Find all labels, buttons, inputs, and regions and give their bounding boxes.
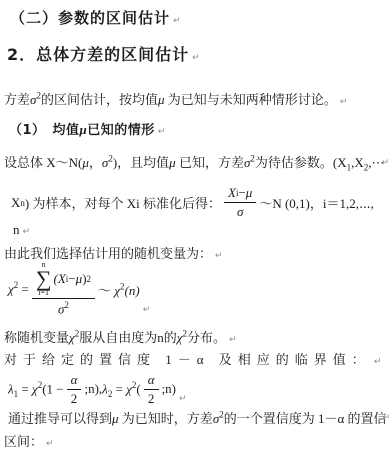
paragraph-choose-rv: 由此我们选择估计用的随机变量为：↵ <box>4 243 223 262</box>
text-run: 为已知与未知两种情形讨论。 <box>164 92 336 107</box>
text-run: 为已知时，方差 <box>119 411 213 426</box>
text-run: 分布。 <box>187 330 226 345</box>
close-paren: ;n), <box>84 381 102 397</box>
formula-lhs: χ2 = <box>8 280 29 297</box>
fraction-denominator: 2 <box>148 390 155 407</box>
chi-square-fraction: n∑i=1 (Xi − μ)2 σ2 <box>32 261 95 317</box>
text-run: 的一个置信度为 1－α 的置信 <box>224 411 387 426</box>
sigma-sum-icon: ∑ <box>36 269 52 289</box>
paragraph-mark-icon: ↵ <box>46 439 54 449</box>
superscript: 2 <box>87 274 92 284</box>
text-run: 为待估参数。(X <box>255 155 347 170</box>
paragraph-mark-icon: ↵ <box>179 394 187 404</box>
formula-rhs: ～ χ2(n) <box>98 280 140 299</box>
paragraph-variance-intro: 方差σ2的区间估计，按均值μ 为已知与未知两种情形讨论。↵ <box>4 89 347 108</box>
paragraph-mark-icon: ↵ <box>229 335 237 345</box>
paragraph-conclusion-line2: 区间：↵ <box>4 431 54 450</box>
text-run: 已知的情形 <box>87 123 155 138</box>
text-run: 服从自由度为n的 <box>79 330 177 345</box>
section-heading: （二）参数的区间估计↵ <box>10 7 181 28</box>
case-heading: （1） 均值μ已知的情形↵ <box>9 119 165 138</box>
lambda-formula: λ1 = χ2(1 − α2 ;n), λ2 = χ2( α2 ;n) ↵ <box>8 374 187 404</box>
paragraph-mark-icon: ↵ <box>173 16 181 26</box>
text-run: 对于给定的置信度 1－α 及相应的临界值： <box>4 352 371 367</box>
paragraph-mark-icon: ↵ <box>215 251 223 261</box>
fraction-denominator: 2 <box>71 390 78 407</box>
paragraph-mark-icon: ↵ <box>143 305 151 315</box>
text-run: 已知，方差 <box>176 155 244 170</box>
subsection-heading: 2．总体方差的区间估计↵ <box>7 42 200 65</box>
fraction-denominator: σ2 <box>58 299 69 317</box>
lambda2: λ2 = χ2( <box>102 380 141 399</box>
fraction-numerator: Xi − μ <box>224 185 256 203</box>
mark-holder: ↵ <box>176 374 187 404</box>
open-paren: ( <box>136 381 140 396</box>
arg-n: (n) <box>125 283 140 298</box>
line-wrap-mark-icon: ↵ <box>382 413 390 423</box>
paragraph-mark-icon: ↵ <box>192 53 200 63</box>
text-run: （1） 均值 <box>9 123 80 138</box>
equals-sign: = <box>18 282 29 297</box>
text-run: ,X <box>351 155 364 170</box>
chi-square-formula: χ2 = n∑i=1 (Xi − μ)2 σ2 ～ χ2(n) ↵ <box>8 263 150 315</box>
line-wrap-mark-icon: ↵ <box>381 158 389 168</box>
paragraph-mark-icon: ↵ <box>374 357 382 367</box>
paragraph-mark-icon: ↵ <box>158 127 166 137</box>
text-run: ， <box>89 155 102 170</box>
alpha-symbol: α <box>144 372 159 390</box>
paragraph-setup-line2: Xn) 为样本，对每个 Xi 标准化后得： Xi − μ σ ～N (0,1)，… <box>11 185 374 220</box>
paragraph-conclusion-line1: 通过推导可以得到μ 为已知时，方差σ2的一个置信度为 1－α 的置信 <box>8 408 387 427</box>
text-run: 称随机变量 <box>4 330 69 345</box>
text-run: 设总体 X～N( <box>4 155 82 170</box>
open-paren: (1 − <box>42 381 63 396</box>
lambda1: λ1 = χ2(1 − <box>8 380 64 399</box>
fraction-denominator: σ <box>237 203 243 220</box>
close-paren: ;n) <box>162 381 176 397</box>
paragraph-mark-icon: ↵ <box>23 227 31 237</box>
superscript: 2 <box>64 300 69 310</box>
text-run: 的区间估计，按均值 <box>41 92 158 107</box>
minus-sign: − <box>238 185 245 201</box>
text-run: 由此我们选择估计用的随机变量为： <box>4 246 212 261</box>
document-page: （二）参数的区间估计↵ 2．总体方差的区间估计↵ 方差σ2的区间估计，按均值μ … <box>0 0 391 452</box>
paragraph-distribution: 称随机变量χ2服从自由度为n的χ2分布。↵ <box>4 327 237 346</box>
minus-sign: − <box>68 271 75 287</box>
paragraph-n: n↵ <box>13 222 30 238</box>
alpha-fraction: α2 <box>67 372 82 407</box>
mu-symbol: μ <box>246 185 253 201</box>
paragraph-mark-icon: ↵ <box>340 97 348 107</box>
text-run: ～N (0,1)，i＝1,2,⋯, <box>259 193 374 212</box>
tilde-sign: ～ <box>98 283 114 298</box>
x-symbol: X <box>228 185 236 201</box>
equals-sign: = <box>112 381 126 396</box>
alpha-fraction: α2 <box>144 372 159 407</box>
text-run: n <box>13 222 20 237</box>
section-heading-text: （二）参数的区间估计 <box>10 9 170 27</box>
text-run: ) 为样本，对每个 Xi 标准化后得： <box>25 193 221 212</box>
summation-symbol: n∑i=1 <box>36 261 52 297</box>
standardize-fraction: Xi − μ σ <box>224 185 256 220</box>
text-run: X <box>11 195 20 211</box>
text-run: 区间： <box>4 434 43 449</box>
text-run: 通过推导可以得到 <box>8 411 112 426</box>
text-run: )，且均值 <box>113 155 169 170</box>
subsection-heading-text: 2．总体方差的区间估计 <box>7 45 189 64</box>
alpha-symbol: α <box>67 372 82 390</box>
paragraph-setup-line1: 设总体 X～N(μ，σ2)，且均值μ 已知，方差σ2为待估参数。(X1,X2,⋯ <box>4 152 385 173</box>
num-open: (X <box>54 271 66 287</box>
paragraph-confidence: 对于给定的置信度 1－α 及相应的临界值：↵ <box>4 349 381 368</box>
mark-holder: ↵ <box>140 263 151 315</box>
text-run: 方差 <box>4 92 30 107</box>
fraction-numerator: n∑i=1 (Xi − μ)2 <box>32 261 95 299</box>
equals-sign: = <box>18 381 32 396</box>
sum-lower-limit: i=1 <box>38 289 49 297</box>
